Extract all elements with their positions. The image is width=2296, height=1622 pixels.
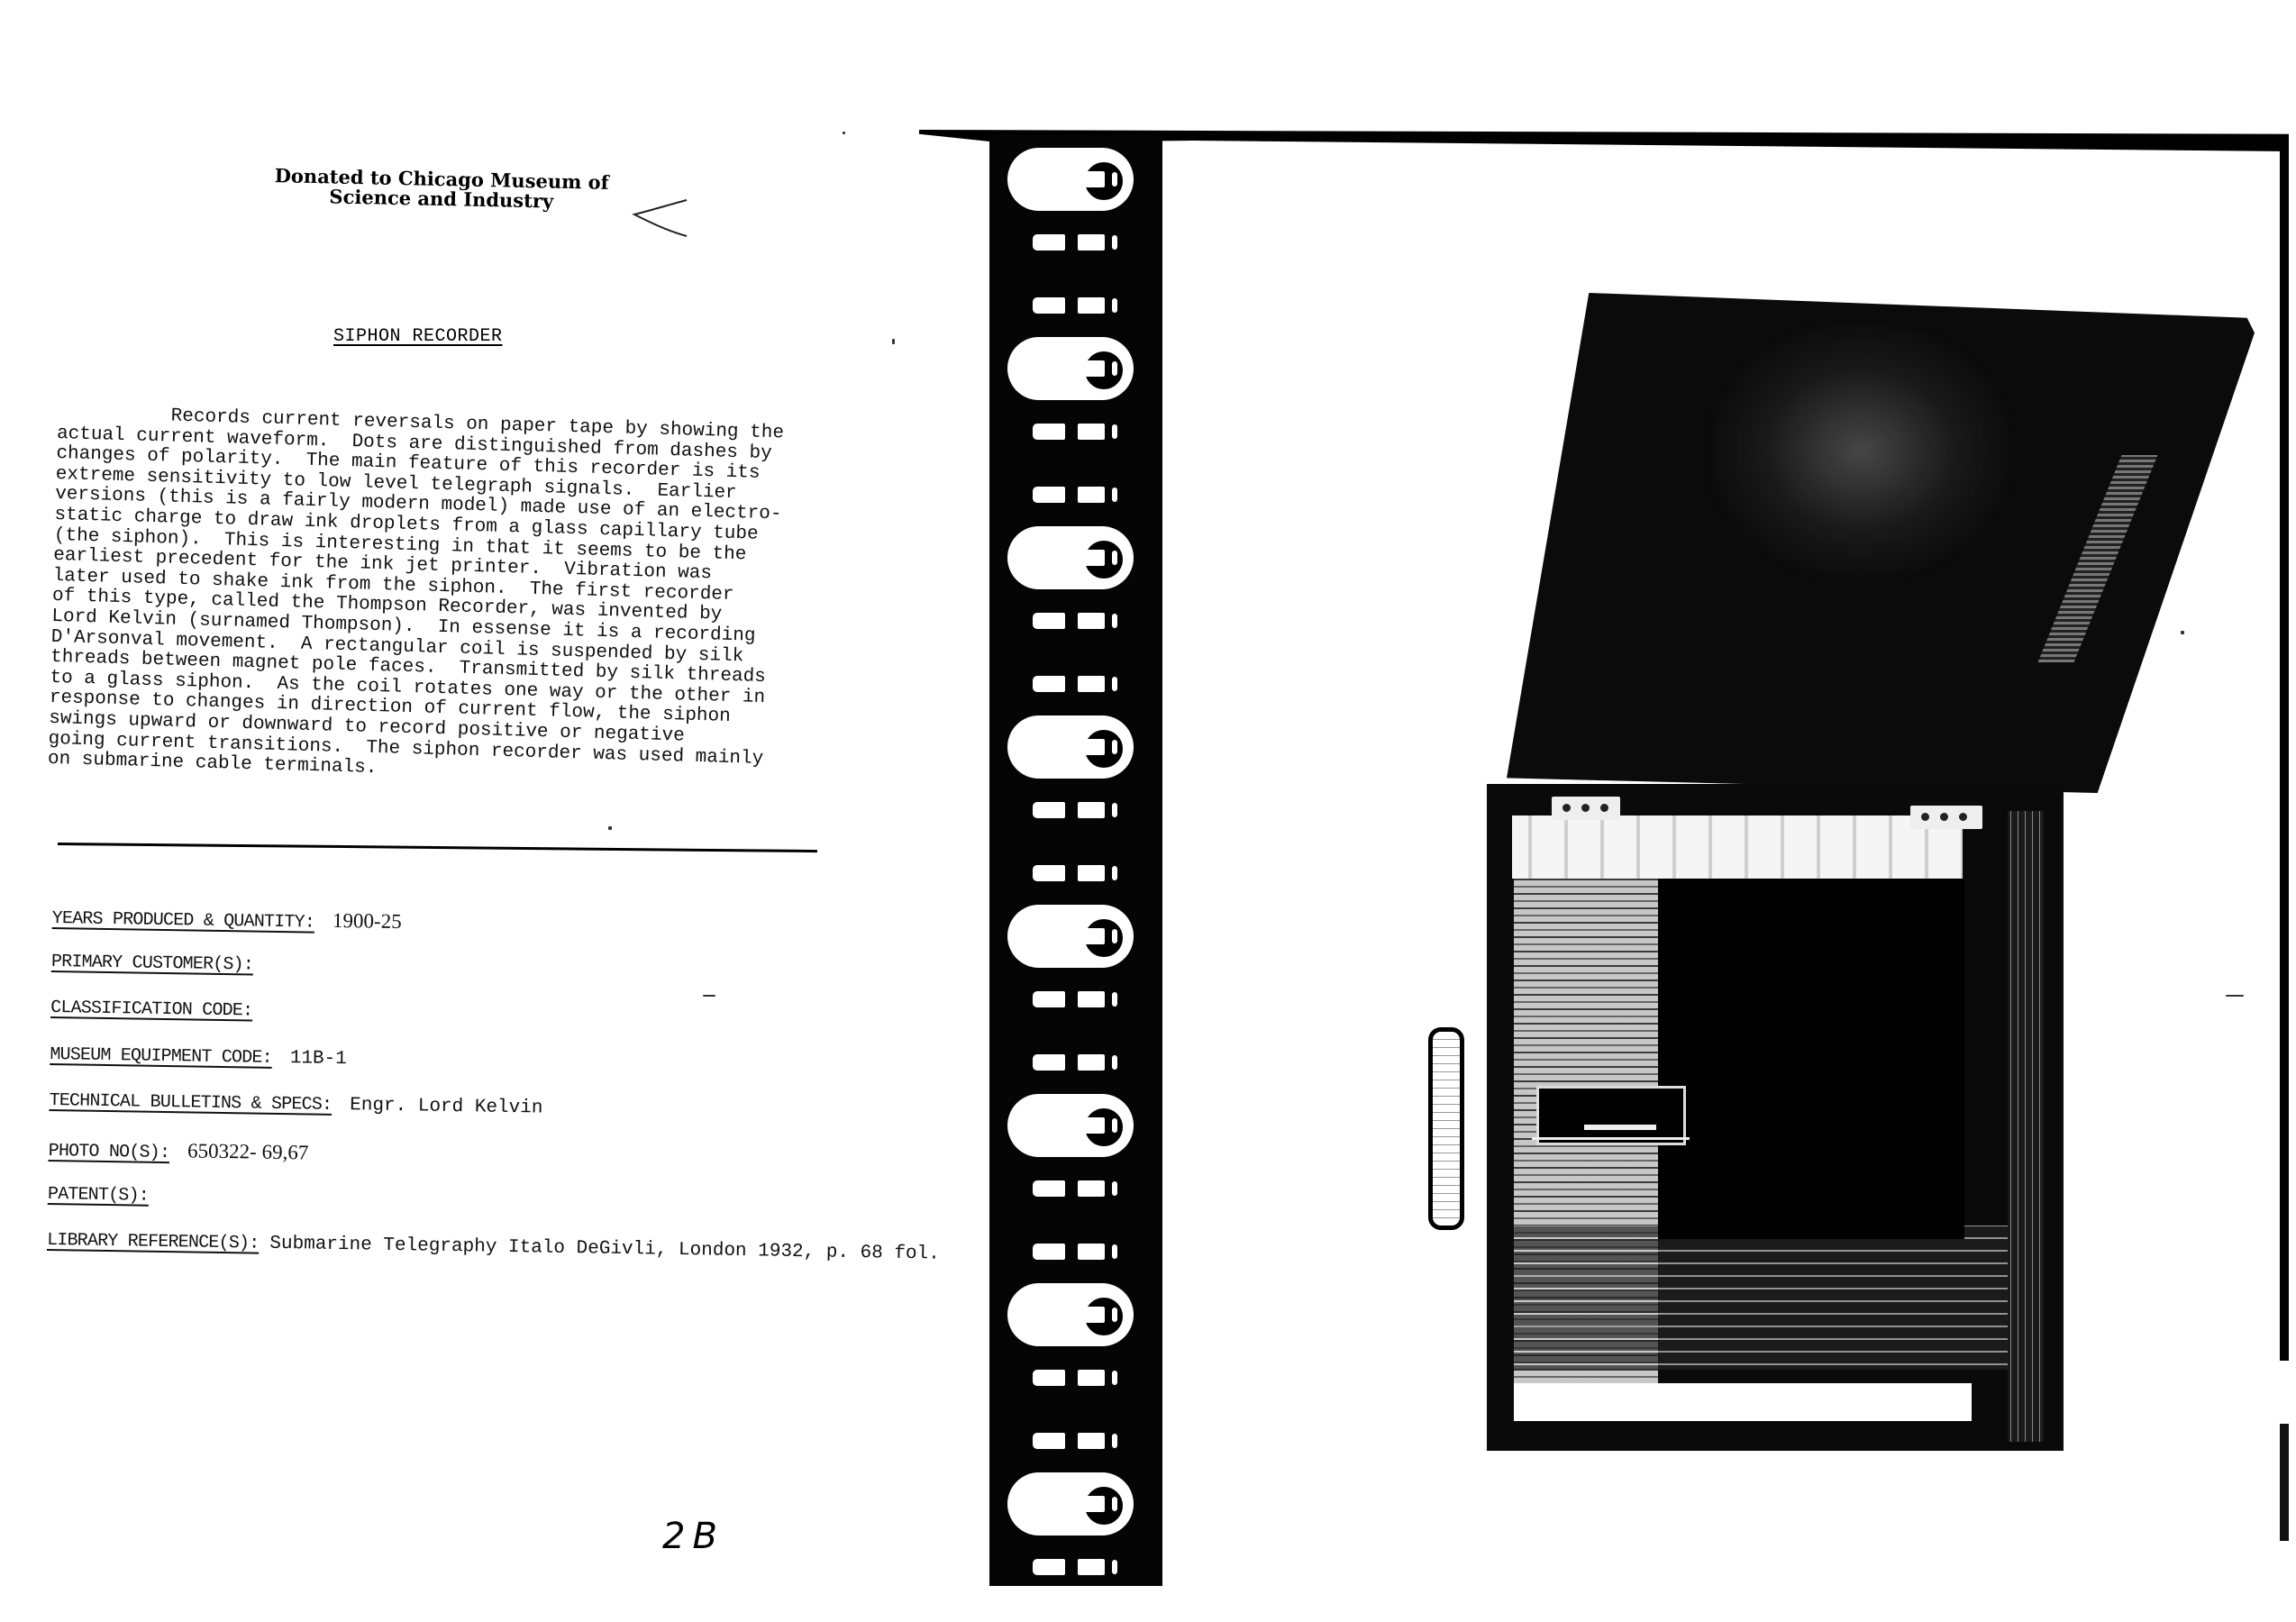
binding-hole-icon [1033,676,1123,692]
binding-hole-icon [1033,360,1123,377]
binding-hole-icon [1033,1370,1123,1386]
pen-arrow-mark-icon [631,196,690,238]
scan-speck [703,995,715,997]
binding-hole-icon [1033,1244,1123,1260]
scan-speck [608,826,612,830]
binding-hole-icon [1033,1559,1123,1575]
case-side-edge [2008,811,2044,1442]
recorder-mechanism [1658,879,1964,1239]
field-label: YEARS PRODUCED & QUANTITY: [52,908,315,934]
binding-hole-icon [1033,487,1123,503]
photo-frame-right-edge [2280,135,2289,1361]
mechanism-plate [1584,1125,1656,1130]
hinge-right [1910,806,1982,829]
scan-speck [892,339,895,344]
scan-speck [2181,631,2184,634]
field-value: Engr. Lord Kelvin [350,1096,543,1119]
photo-frame-right-edge-lower [2280,1424,2289,1541]
scanned-page: Donated to Chicago Museum of Science and… [0,0,2296,1622]
binding-hole-icon [1033,297,1123,314]
binding-hole-icon [1033,234,1123,251]
binding-hole-icon [1033,1307,1123,1323]
field-label: PHOTO NO(S): [49,1141,170,1163]
binding-hole-icon [1033,928,1123,944]
document-title: SIPHON RECORDER [333,326,503,347]
field-label: CLASSIFICATION CODE: [50,998,252,1022]
binding-hole-icon [1033,865,1123,881]
binding-hole-icon [1033,1117,1123,1134]
paper-tape-slot [1514,1383,1972,1421]
binding-hole-icon [1033,1496,1123,1512]
field-label: PRIMARY CUSTOMER(S): [51,952,253,976]
field-label: MUSEUM EQUIPMENT CODE: [50,1044,272,1069]
case-shelf [1512,816,1963,879]
binding-hole-icon [1033,613,1123,629]
field-label: PATENT(S): [48,1184,149,1207]
donation-stamp: Donated to Chicago Museum of Science and… [261,166,623,213]
binding-hole-icon [1033,1054,1123,1071]
field-value: 11B-1 [290,1048,347,1070]
field-value: 650322- 69,67 [187,1139,309,1164]
binding-hole-icon [1033,1433,1123,1449]
scan-speck [2226,995,2244,997]
binding-hole-icon [1033,739,1123,755]
binding-hole-icon [1033,991,1123,1007]
hinge-left [1552,797,1620,820]
binding-hole-icon [1033,1180,1123,1197]
binding-hole-icon [1033,802,1123,818]
spiral-binding [989,135,1162,1586]
binding-hole-icon [1033,424,1123,440]
section-divider [58,843,817,852]
binding-hole-icon [1033,550,1123,566]
equipment-fields: YEARS PRODUCED & QUANTITY: 1900-25 PRIMA… [47,905,998,1291]
field-value: 1900-25 [333,909,402,934]
side-handle-knob [1428,1027,1464,1230]
lid-wood-grain [1712,324,2009,577]
scan-speck [843,132,845,134]
field-label: LIBRARY REFERENCE(S): [47,1230,260,1254]
siphon-rod [1532,1137,1690,1140]
description-body: Records current reversals on paper tape … [48,404,833,792]
case-interior-bottom [1514,1226,2018,1370]
handwritten-page-number: 2B [662,1516,724,1557]
binding-hole-icon [1033,171,1123,187]
field-label: TECHNICAL BULLETINS & SPECS: [49,1090,332,1116]
